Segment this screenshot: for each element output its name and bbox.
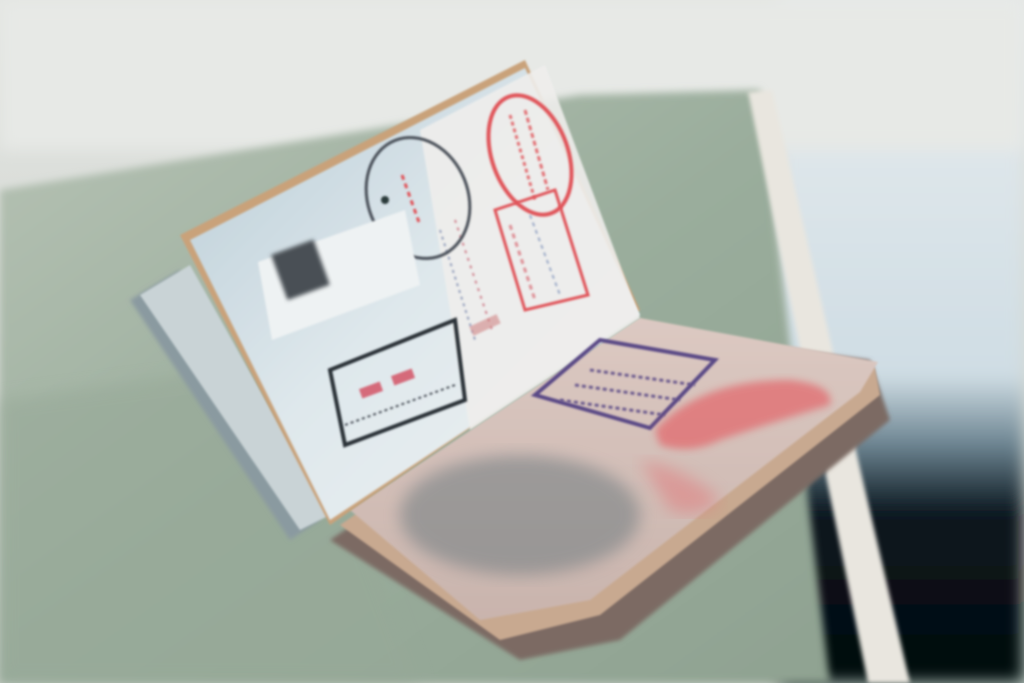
photo-canvas <box>0 0 1024 683</box>
passport-photo <box>0 0 1024 683</box>
